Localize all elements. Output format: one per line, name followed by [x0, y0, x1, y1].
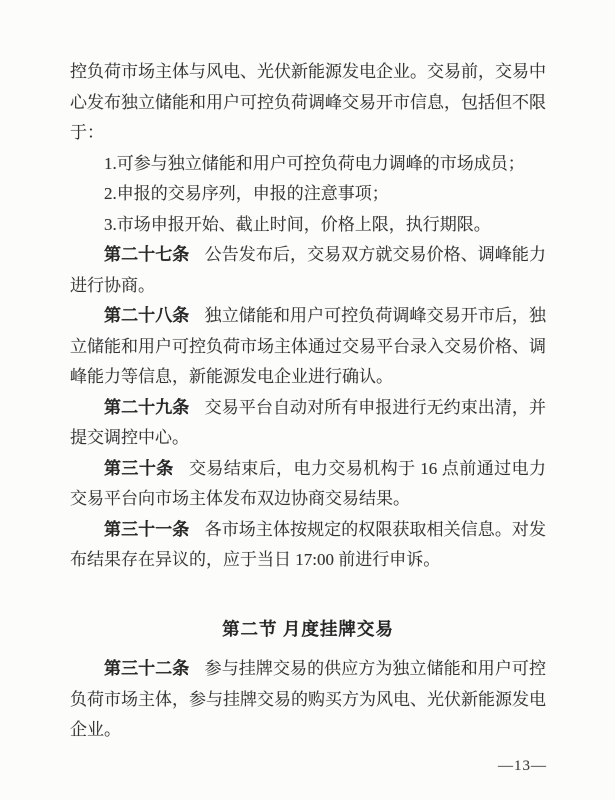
body-paragraph-continuation: 控负荷市场主体与风电、光伏新能源发电企业。交易前，交易中心发布独立储能和用户可控… — [70, 57, 546, 149]
article-paragraph-27: 第二十七条公告发布后，交易双方就交易价格、调峰能力进行协商。 — [70, 240, 546, 301]
document-content: 控负荷市场主体与风电、光伏新能源发电企业。交易前，交易中心发布独立储能和用户可控… — [0, 0, 615, 746]
list-item-2: 2.申报的交易序列，申报的注意事项； — [70, 179, 546, 210]
article-term-29: 第二十九条 — [104, 398, 189, 417]
article-term-27: 第二十七条 — [104, 245, 189, 264]
article-term-31: 第三十一条 — [104, 520, 189, 539]
article-term-30: 第三十条 — [104, 459, 174, 478]
article-paragraph-28: 第二十八条独立储能和用户可控负荷调峰交易开市后，独立储能和用户可控负荷市场主体通… — [70, 301, 546, 393]
article-paragraph-29: 第二十九条交易平台自动对所有申报进行无约束出清，并提交调控中心。 — [70, 393, 546, 454]
article-paragraph-32: 第三十二条参与挂牌交易的供应方为独立储能和用户可控负荷市场主体，参与挂牌交易的购… — [70, 654, 546, 746]
document-page: 控负荷市场主体与风电、光伏新能源发电企业。交易前，交易中心发布独立储能和用户可控… — [0, 0, 615, 800]
article-paragraph-30: 第三十条交易结束后，电力交易机构于 16 点前通过电力交易平台向市场主体发布双边… — [70, 454, 546, 515]
article-term-32: 第三十二条 — [104, 659, 189, 678]
list-item-3: 3.市场申报开始、截止时间，价格上限，执行期限。 — [70, 210, 546, 241]
section-heading: 第二节 月度挂牌交易 — [70, 614, 546, 645]
page-number: —13— — [498, 758, 547, 775]
list-item-1: 1.可参与独立储能和用户可控负荷电力调峰的市场成员； — [70, 149, 546, 180]
article-paragraph-31: 第三十一条各市场主体按规定的权限获取相关信息。对发布结果存在异议的，应于当日 1… — [70, 515, 546, 576]
article-term-28: 第二十八条 — [104, 306, 189, 325]
